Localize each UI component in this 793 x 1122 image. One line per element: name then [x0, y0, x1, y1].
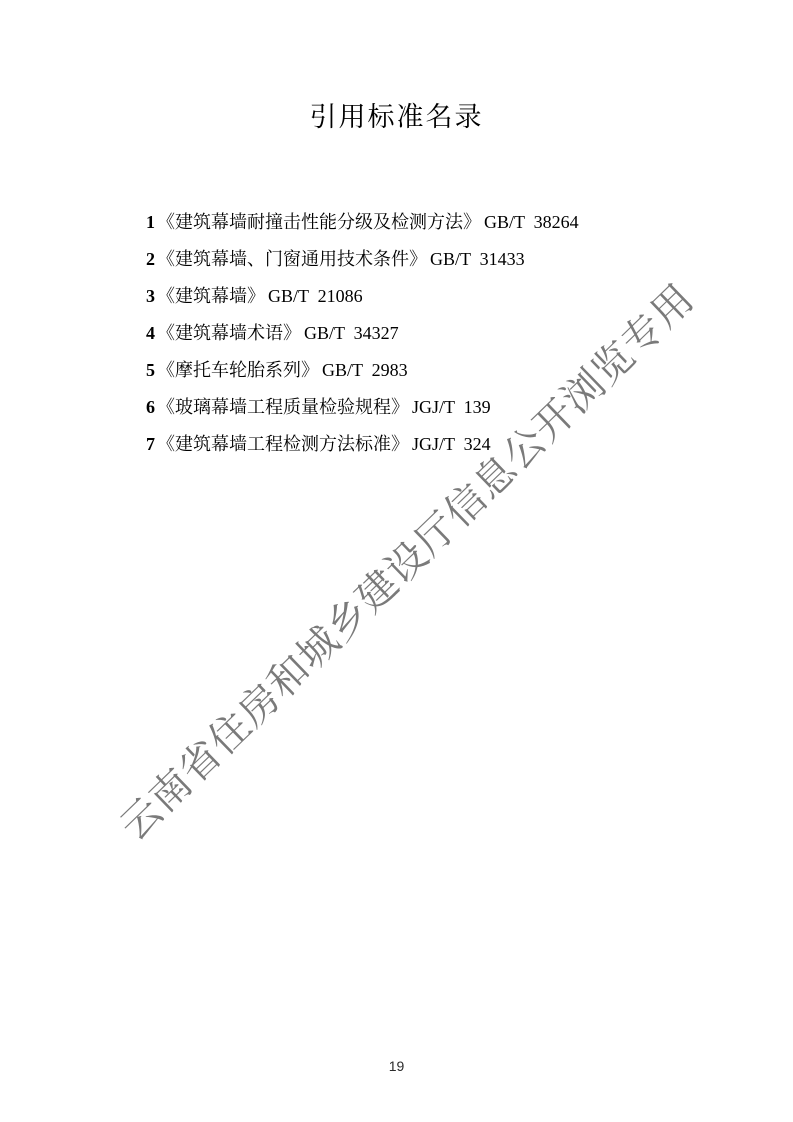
- item-code: GB/T 34327: [304, 323, 399, 343]
- standards-list: 1《建筑幕墙耐撞击性能分级及检测方法》GB/T 38264 2《建筑幕墙、门窗通…: [119, 167, 579, 426]
- item-title: 《建筑幕墙工程检测方法标准》: [157, 434, 409, 454]
- item-title: 《建筑幕墙耐撞击性能分级及检测方法》: [157, 212, 481, 232]
- item-title: 《玻璃幕墙工程质量检验规程》: [157, 397, 409, 417]
- item-code: JGJ/T 139: [412, 397, 491, 417]
- page-title: 引用标准名录: [0, 95, 793, 134]
- item-code: GB/T 38264: [484, 212, 579, 232]
- item-number: 6: [146, 397, 155, 417]
- item-title: 《建筑幕墙》: [157, 286, 265, 306]
- item-code: GB/T 2983: [322, 360, 408, 380]
- item-title: 《建筑幕墙术语》: [157, 323, 301, 343]
- item-code: JGJ/T 324: [412, 434, 491, 454]
- item-number: 4: [146, 323, 155, 343]
- item-number: 5: [146, 360, 155, 380]
- page-number: 19: [0, 1058, 793, 1074]
- item-number: 2: [146, 249, 155, 269]
- item-number: 3: [146, 286, 155, 306]
- list-item: 1《建筑幕墙耐撞击性能分级及检测方法》GB/T 38264: [119, 167, 579, 204]
- item-code: GB/T 31433: [430, 249, 525, 269]
- item-title: 《建筑幕墙、门窗通用技术条件》: [157, 249, 427, 269]
- item-number: 7: [146, 434, 155, 454]
- item-number: 1: [146, 212, 155, 232]
- item-title: 《摩托车轮胎系列》: [157, 360, 319, 380]
- document-page: 云南省住房和城乡建设厅信息公开浏览专用 引用标准名录 1《建筑幕墙耐撞击性能分级…: [0, 0, 793, 1122]
- item-code: GB/T 21086: [268, 286, 363, 306]
